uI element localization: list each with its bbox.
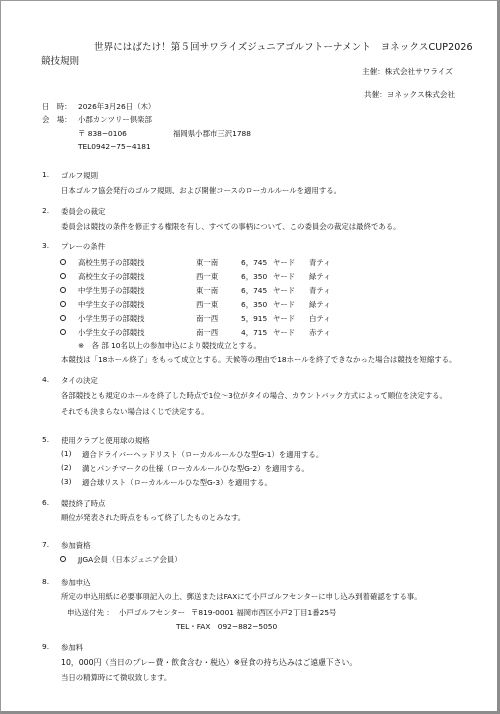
co-organizer: 共催：ヨネックス株式会社	[364, 89, 455, 100]
section-9-heading: 参加料	[61, 642, 83, 653]
course: 南一西	[196, 327, 218, 338]
postal-code: 〒 838−0106	[78, 128, 127, 139]
division: 中学生男子の部競技	[78, 285, 145, 296]
course: 西一東	[196, 271, 218, 282]
section-8-heading: 参加申込	[61, 577, 91, 588]
yard-unit: ヤード	[273, 299, 295, 310]
yard-unit: ヤード	[273, 257, 295, 268]
list-item-mark: (2)	[61, 463, 71, 472]
section-3-text: 本競技は「18ホール終了」をもって成立とする。天候等の理由で18ホールを終了でき…	[61, 354, 456, 365]
tee: 白ティ	[309, 313, 331, 324]
section-1-text: 日本ゴルフ協会発行のゴルフ規則、および開催コースのローカルルールを適用する。	[61, 185, 341, 196]
list-item: 適合ドライバーヘッドリスト（ローカルルールひな型G-1）を適用する。	[82, 449, 323, 460]
section-2-heading: 委員会の裁定	[61, 206, 105, 217]
section-3-number: 3.	[42, 241, 49, 250]
list-item: 溝とパンチマークの仕様（ローカルルールひな型G-2）を適用する。	[82, 463, 309, 474]
circle-bullet-icon	[60, 315, 66, 321]
document-subtitle: 競技規則	[41, 53, 79, 67]
list-item: 適合球リスト（ローカルルールひな型G-3）を適用する。	[82, 477, 272, 488]
yardage: 6，350	[241, 299, 267, 310]
tee: 青ティ	[309, 257, 331, 268]
division: 高校生男子の部競技	[78, 257, 145, 268]
document-page: 世界にはばたけ！第５回サワライズジュニアゴルフトーナメント ヨネックスCUP20…	[0, 0, 500, 714]
section-4-number: 4.	[42, 375, 49, 384]
section-3-note: ※ 各 部 10名以上の参加申込により競技成立とする。	[78, 340, 261, 351]
venue-tel: TEL0942−75−4181	[78, 142, 151, 151]
tee: 緑ティ	[309, 271, 331, 282]
course: 東一南	[196, 257, 218, 268]
organizer: 主催：株式会社サワライズ	[362, 66, 453, 77]
tee: 赤ティ	[309, 327, 331, 338]
circle-bullet-icon	[60, 259, 66, 265]
send-to-name: 小戸ゴルフセンター	[119, 607, 185, 618]
venue-label: 会 場：	[42, 114, 72, 125]
yard-unit: ヤード	[273, 327, 295, 338]
date-label: 日 時：	[42, 101, 72, 112]
yardage: 6，745	[241, 285, 267, 296]
section-2-text: 委員会は競技の条件を修正する権限を有し、すべての事柄について、この委員会の裁定は…	[61, 221, 401, 232]
send-to-label: 申込送付先 ：	[67, 607, 114, 618]
section-9-text-2: 当日の精算時にて徴収致します。	[61, 672, 171, 683]
send-to-address: 〒819-0001 福岡市西区小戸2丁目1番25号	[191, 607, 336, 618]
section-7-heading: 参加資格	[61, 540, 91, 551]
yardage: 5，915	[241, 313, 267, 324]
section-7-number: 7.	[42, 540, 49, 549]
tee: 青ティ	[309, 285, 331, 296]
circle-bullet-icon	[60, 287, 66, 293]
circle-bullet-icon	[60, 556, 66, 562]
send-to-tel: TEL・FAX 092−882−5050	[176, 621, 277, 632]
section-3-heading: プレーの条件	[61, 241, 105, 252]
section-8-number: 8.	[42, 577, 49, 586]
venue-value: 小郡カンツリー倶楽部	[78, 114, 152, 125]
tee: 緑ティ	[309, 299, 331, 310]
course: 南一西	[196, 313, 218, 324]
section-4-text-1: 各部競技とも規定のホールを終了した時点で1位～3位がタイの場合、カウントバック方…	[61, 390, 447, 401]
section-1-number: 1.	[42, 170, 49, 179]
circle-bullet-icon	[60, 273, 66, 279]
section-4-heading: タイの決定	[61, 375, 98, 386]
section-9-number: 9.	[42, 642, 49, 651]
venue-address: 福岡県小郡市三沢1788	[173, 128, 251, 139]
division: 中学生女子の部競技	[78, 299, 145, 310]
section-6-heading: 競技終了時点	[61, 498, 105, 509]
section-6-text: 順位が発表された時点をもって終了したものとみなす。	[61, 512, 245, 523]
section-1-heading: ゴルフ規則	[61, 170, 98, 181]
list-item-mark: (3)	[61, 477, 71, 486]
yard-unit: ヤード	[273, 285, 295, 296]
section-5-heading: 使用クラブと使用球の規格	[61, 435, 150, 446]
course: 西一東	[196, 299, 218, 310]
course: 東一南	[196, 285, 218, 296]
circle-bullet-icon	[60, 301, 66, 307]
yard-unit: ヤード	[273, 271, 295, 282]
date-value: 2026年3月26日（木）	[78, 101, 155, 112]
division: 小学生女子の部競技	[78, 327, 145, 338]
division: 小学生男子の部競技	[78, 313, 145, 324]
section-6-number: 6.	[42, 498, 49, 507]
division: 高校生女子の部競技	[78, 271, 145, 282]
section-2-number: 2.	[42, 206, 49, 215]
section-4-text-2: それでも決まらない場合はくじで決定する。	[61, 406, 209, 417]
yardage: 4，715	[241, 327, 267, 338]
document-title: 世界にはばたけ！第５回サワライズジュニアゴルフトーナメント ヨネックスCUP20…	[94, 39, 473, 53]
list-item-mark: (1)	[61, 449, 71, 458]
section-5-number: 5.	[42, 435, 49, 444]
section-8-text: 所定の申込用紙に必要事項記入の上、郵送またはFAXにて小戸ゴルフセンターに申し込…	[61, 591, 422, 602]
circle-bullet-icon	[60, 329, 66, 335]
yardage: 6，350	[241, 271, 267, 282]
section-7-text: JJGA会員（日本ジュニア会員）	[78, 554, 182, 565]
yardage: 6，745	[241, 257, 267, 268]
yard-unit: ヤード	[273, 313, 295, 324]
section-9-text-1: 10，000円（当日のプレー費・飲食含む・税込）※昼食の持ち込みはご遠慮下さい。	[61, 657, 357, 668]
